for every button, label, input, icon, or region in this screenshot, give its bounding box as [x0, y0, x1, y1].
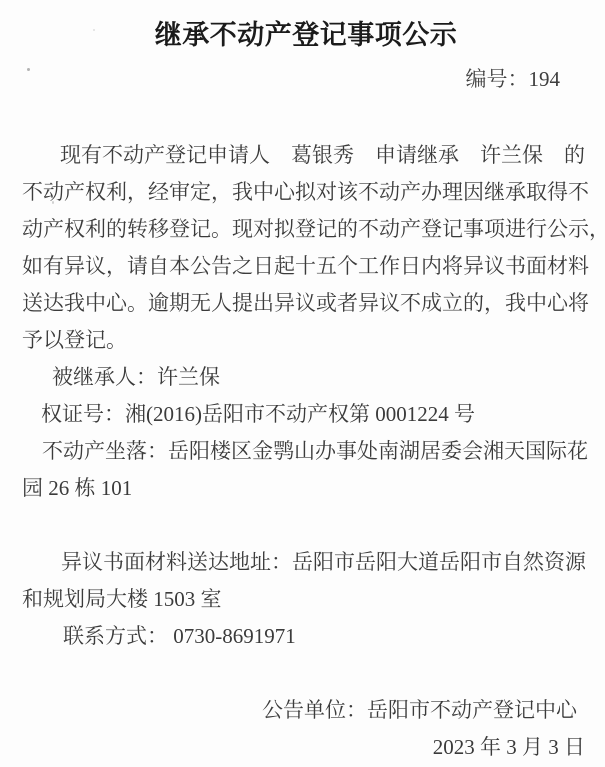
- objection-address-line-1: 异议书面材料送达地址：岳阳市岳阳大道岳阳市自然资源: [22, 544, 590, 581]
- objection-address-line-2: 和规划局大楼 1503 室: [22, 581, 590, 618]
- issuing-unit-line: 公告单位：岳阳市不动产登记中心: [22, 692, 590, 729]
- body-line-2: 不动产权利，经审定，我中心拟对该不动产办理因继承取得不: [22, 174, 590, 211]
- body-line-3: 动产权利的转移登记。现对拟登记的不动产登记事项进行公示，: [22, 211, 590, 248]
- deceased-person-line: 被继承人：许兰保: [22, 359, 590, 396]
- issue-date-line: 2023 年 3 月 3 日: [22, 729, 590, 766]
- property-location-line-1: 不动产坐落：岳阳楼区金鹗山办事处南湖居委会湘天国际花: [22, 433, 590, 470]
- certificate-number-line: 权证号：湘(2016)岳阳市不动产权第 0001224 号: [22, 396, 590, 433]
- notice-footer: 公告单位：岳阳市不动产登记中心 2023 年 3 月 3 日: [22, 692, 590, 766]
- scan-speck: [52, 201, 54, 204]
- notice-title: 继承不动产登记事项公示: [22, 18, 590, 52]
- body-line-6: 予以登记。: [22, 322, 590, 359]
- notice-document: 继承不动产登记事项公示 编号：194 现有不动产登记申请人 葛银秀 申请继承 许…: [0, 0, 605, 767]
- contact-phone-line: 联系方式： 0730-8691971: [22, 618, 590, 655]
- notice-body: 现有不动产登记申请人 葛银秀 申请继承 许兰保 的 不动产权利，经审定，我中心拟…: [22, 137, 590, 766]
- scan-speck: [27, 68, 30, 71]
- property-location-line-2: 园 26 栋 101: [22, 470, 590, 507]
- scan-speck: [93, 29, 95, 31]
- doc-number: 编号：194: [22, 66, 590, 92]
- body-line-5: 送达我中心。逾期无人提出异议或者异议不成立的，我中心将: [22, 285, 590, 322]
- body-line-4: 如有异议，请自本公告之日起十五个工作日内将异议书面材料: [22, 248, 590, 285]
- body-line-1: 现有不动产登记申请人 葛银秀 申请继承 许兰保 的: [22, 137, 590, 174]
- objection-contact-block: 异议书面材料送达地址：岳阳市岳阳大道岳阳市自然资源 和规划局大楼 1503 室 …: [22, 544, 590, 655]
